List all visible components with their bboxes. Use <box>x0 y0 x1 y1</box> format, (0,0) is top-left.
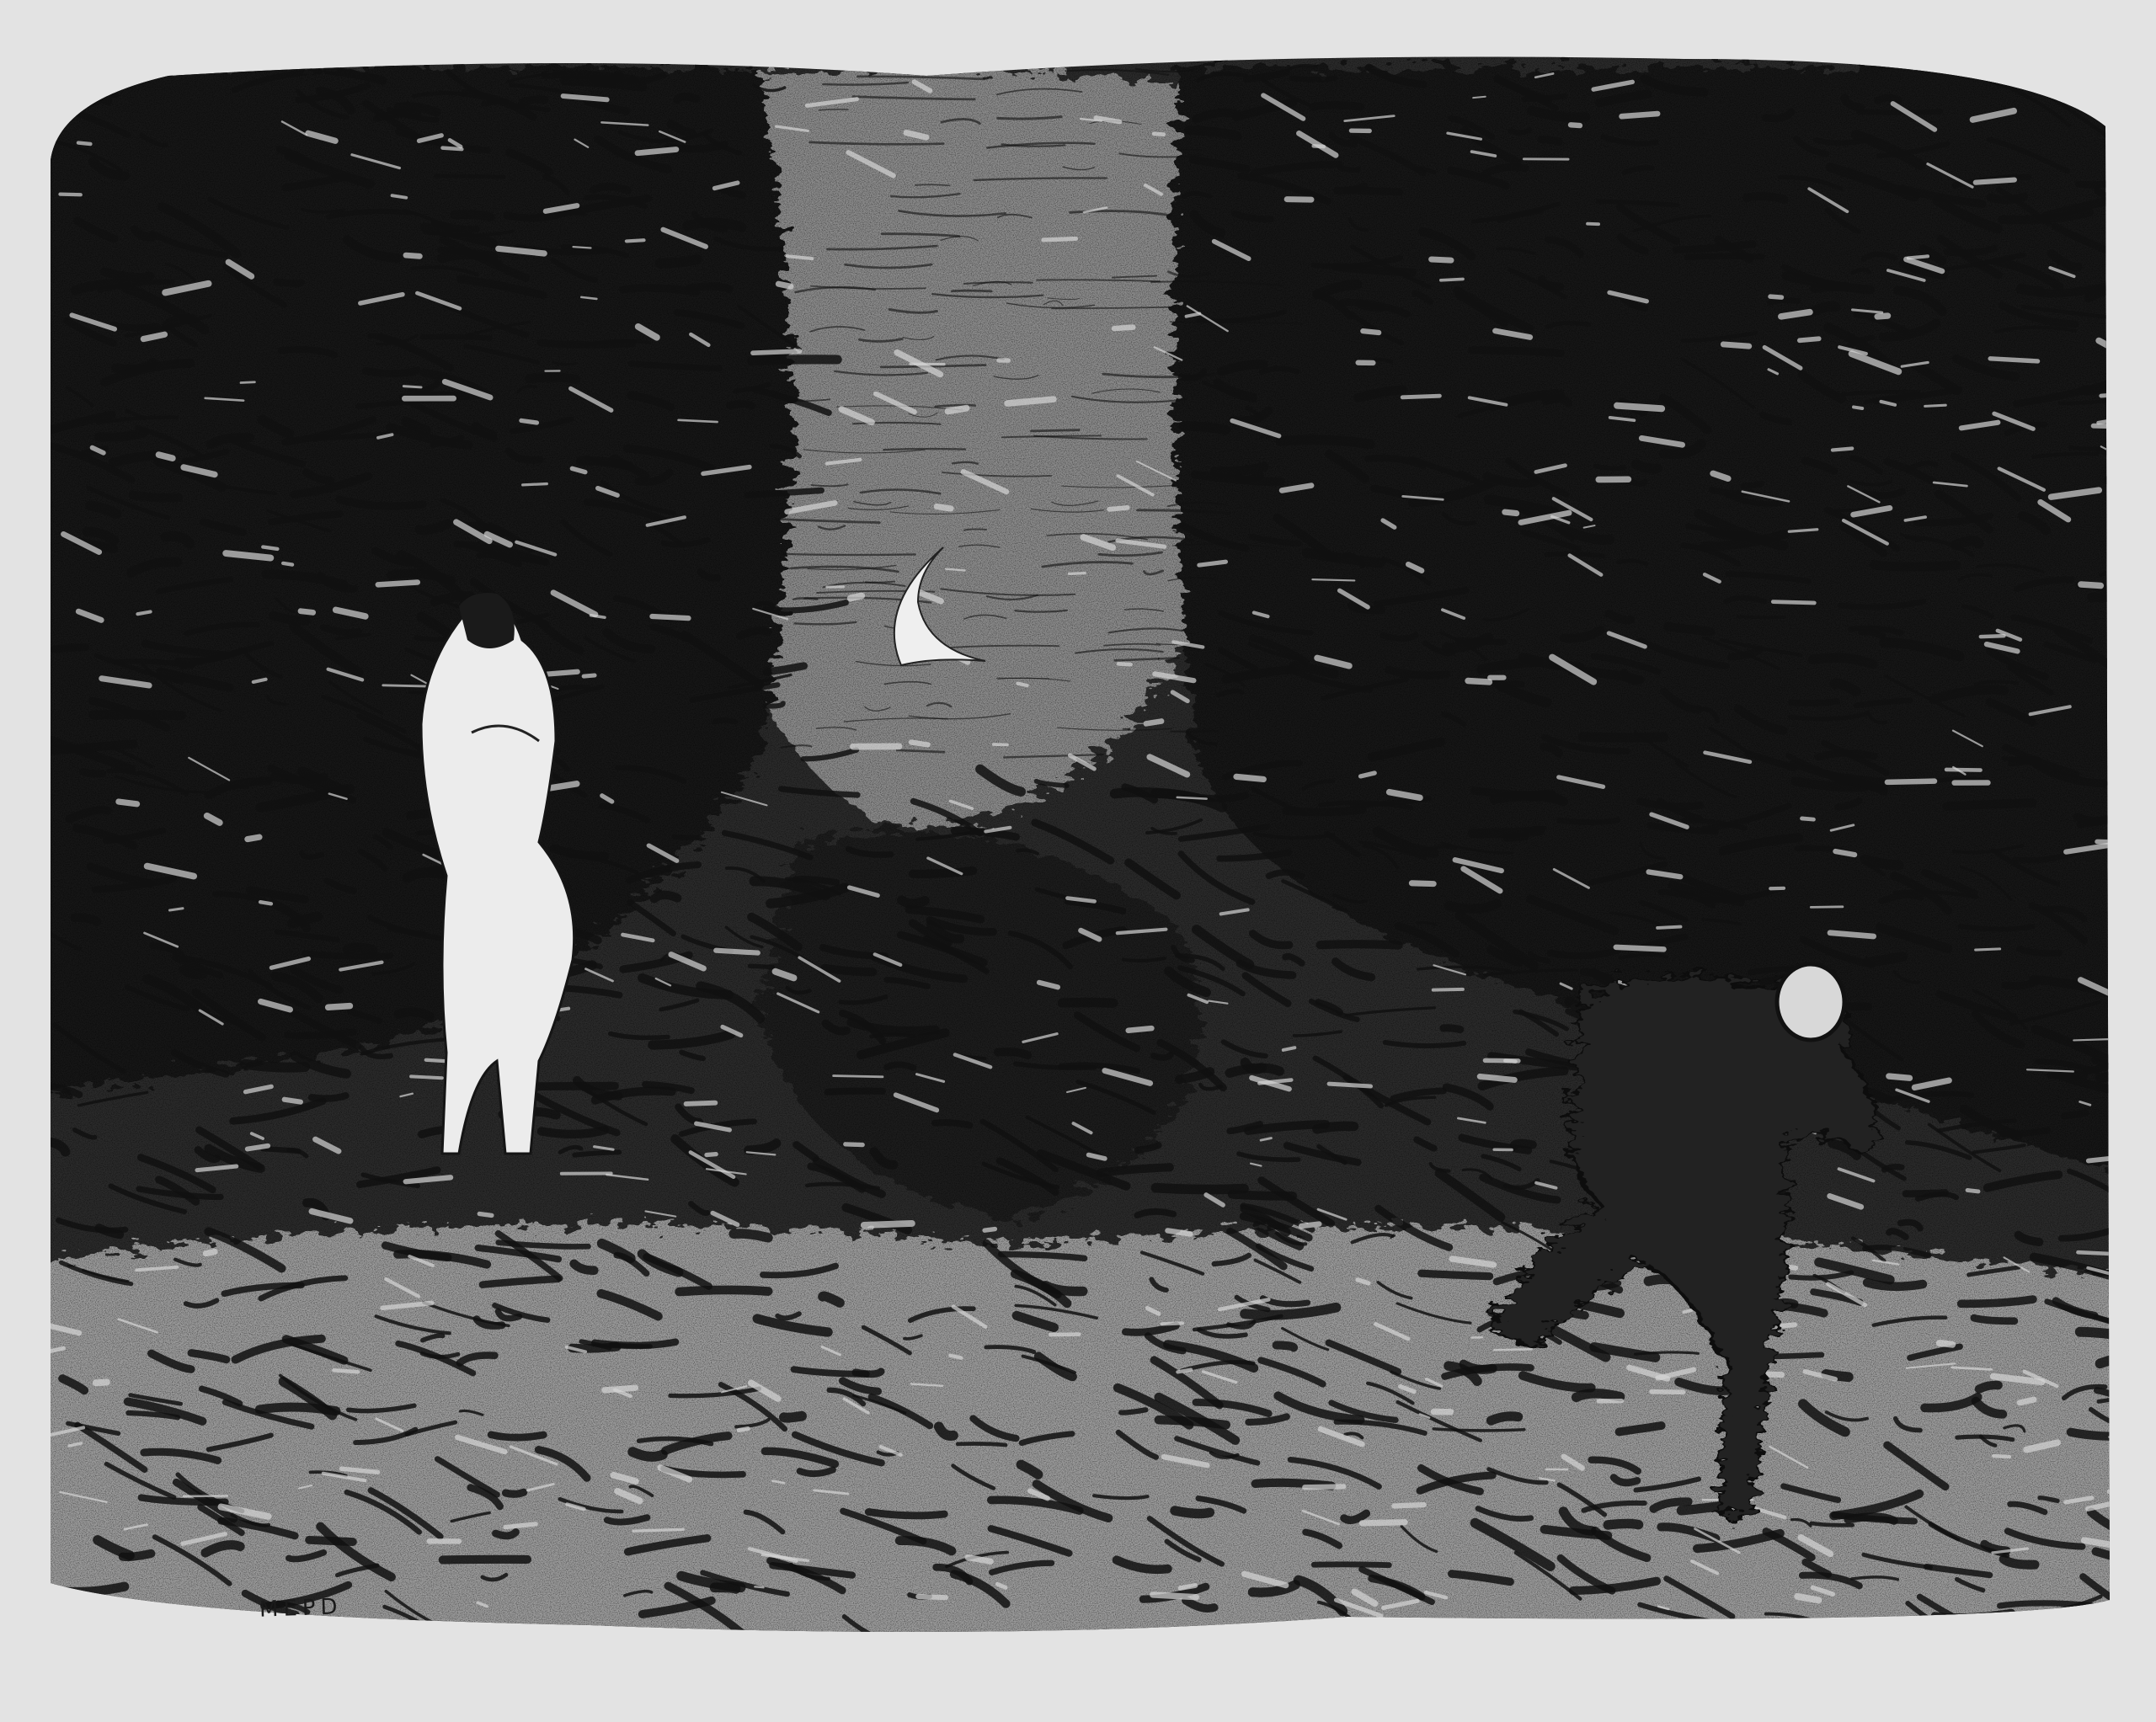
artist-signature: MEPD <box>259 1594 344 1622</box>
lithograph-print <box>0 0 2156 1722</box>
plate-area <box>0 0 2156 1722</box>
